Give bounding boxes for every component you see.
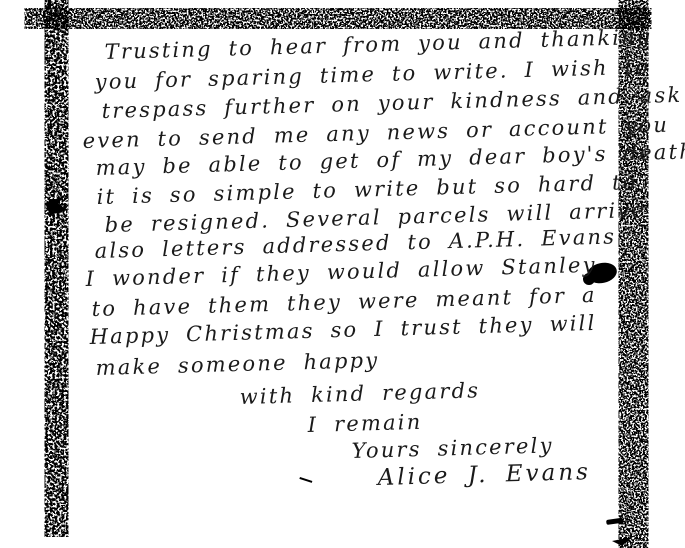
closing-regards: with kind regards bbox=[239, 380, 480, 408]
scan-artifact-bottom-arrow bbox=[612, 537, 632, 546]
scan-noise-left-band bbox=[46, 12, 67, 512]
scanned-letter-page: Trusting to hear from you and thanking y… bbox=[0, 0, 685, 548]
signature: Alice J. Evans bbox=[377, 461, 591, 490]
scan-noise-top-band bbox=[53, 9, 623, 28]
letter-line-12: make someone happy bbox=[95, 350, 379, 379]
closing-remain: I remain bbox=[307, 412, 422, 436]
scan-artifact-small-stroke bbox=[299, 477, 312, 483]
scan-tick-mark bbox=[48, 0, 51, 9]
scan-artifact-left-arrow bbox=[45, 196, 68, 215]
scan-artifact-dash bbox=[606, 518, 624, 525]
closing-sincerely: Yours sincerely bbox=[351, 435, 553, 462]
